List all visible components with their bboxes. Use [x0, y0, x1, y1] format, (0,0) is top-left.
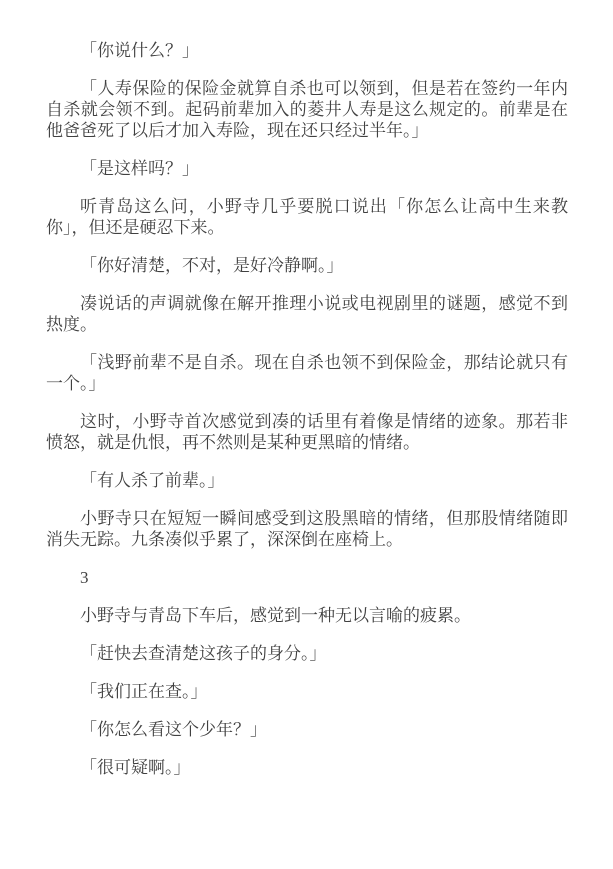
paragraph: 「赶快去查清楚这孩子的身分。」	[46, 643, 568, 664]
paragraph: 「我们正在查。」	[46, 681, 568, 702]
paragraph: 这时，小野寺首次感觉到凑的话里有着像是情绪的迹象。那若非愤怒，就是仇恨，再不然则…	[46, 411, 568, 453]
paragraph: 听青岛这么问，小野寺几乎要脱口说出「你怎么让高中生来教你」，但还是硬忍下来。	[46, 196, 568, 238]
paragraph: 「人寿保险的保险金就算自杀也可以领到，但是若在签约一年内自杀就会领不到。起码前辈…	[46, 78, 568, 141]
paragraph: 「你怎么看这个少年？」	[46, 719, 568, 740]
paragraph: 「很可疑啊。」	[46, 757, 568, 778]
paragraph: 凑说话的声调就像在解开推理小说或电视剧里的谜题，感觉不到热度。	[46, 293, 568, 335]
paragraph: 「你好清楚，不对，是好冷静啊。」	[46, 255, 568, 276]
paragraph: 小野寺只在短短一瞬间感受到这股黑暗的情绪，但那股情绪随即消失无踪。九条凑似乎累了…	[46, 508, 568, 550]
paragraph: 「你说什么？」	[46, 40, 568, 61]
book-page: 「你说什么？」「人寿保险的保险金就算自杀也可以领到，但是若在签约一年内自杀就会领…	[0, 0, 613, 869]
paragraph-list: 「你说什么？」「人寿保险的保险金就算自杀也可以领到，但是若在签约一年内自杀就会领…	[46, 40, 568, 778]
paragraph: 「是这样吗？」	[46, 158, 568, 179]
section-number: 3	[46, 567, 568, 588]
paragraph: 小野寺与青岛下车后，感觉到一种无以言喻的疲累。	[46, 605, 568, 626]
paragraph: 「有人杀了前辈。」	[46, 470, 568, 491]
paragraph: 「浅野前辈不是自杀。现在自杀也领不到保险金，那结论就只有一个。」	[46, 352, 568, 394]
